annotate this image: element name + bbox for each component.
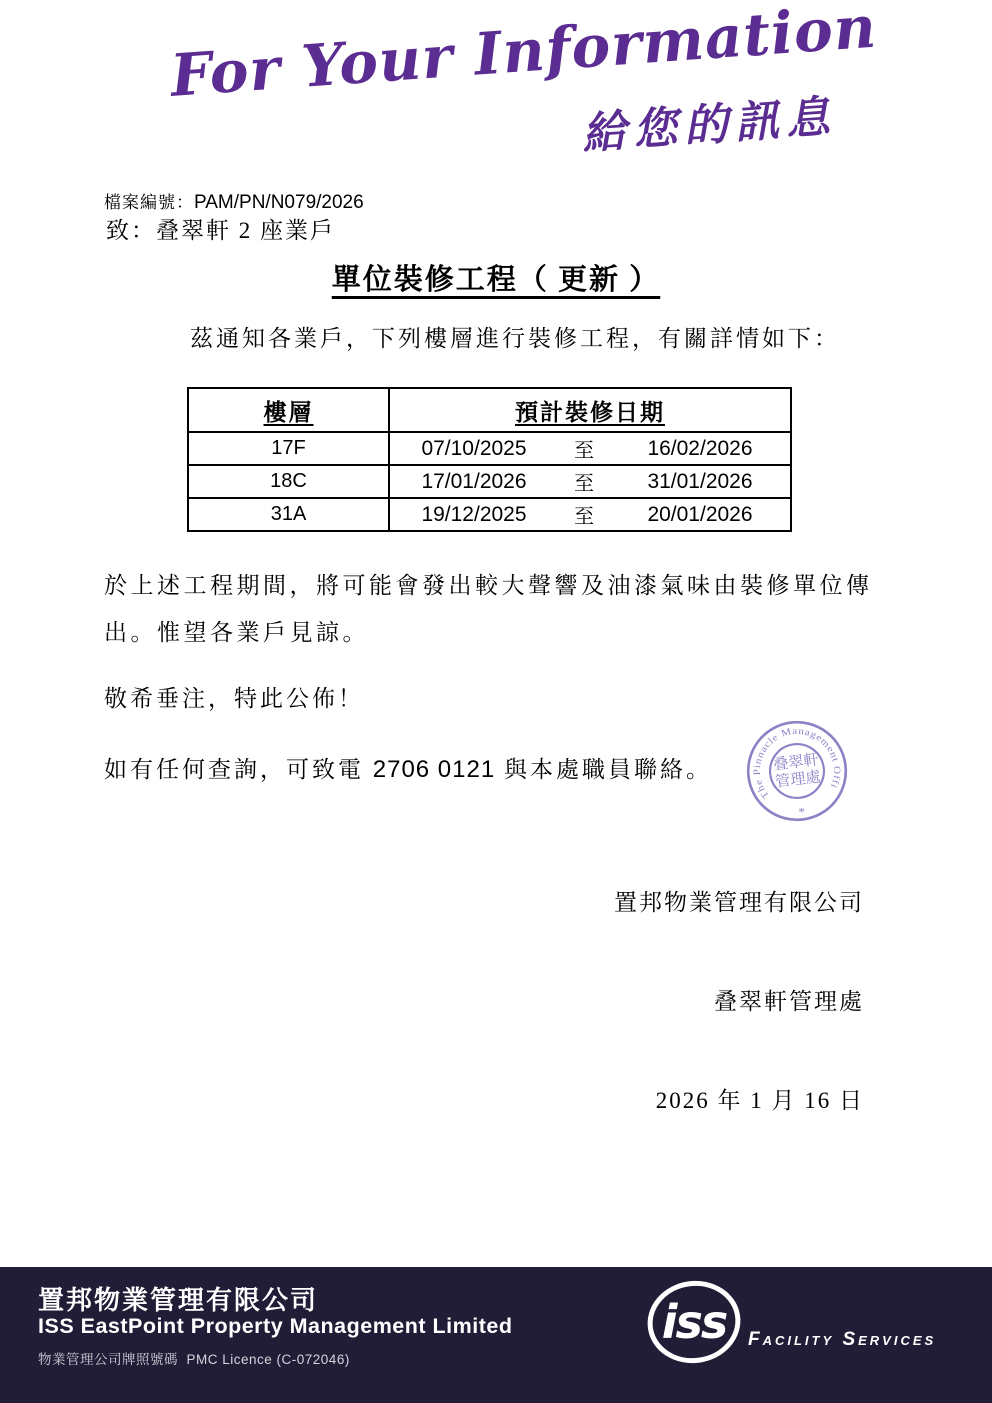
table-row: 31A 19/12/2025 至 20/01/2026 [188,498,791,531]
end-date: 31/01/2026 [610,470,790,494]
floor-cell: 17F [188,432,389,465]
notice-page: For Your Information 給您的訊息 檔案編號：PAM/PN/N… [0,0,992,1403]
file-reference-label: 檔案編號： [104,193,194,212]
dates-cell: 07/10/2025 至 16/02/2026 [389,432,791,465]
end-date: 20/01/2026 [610,503,790,527]
body-paragraph-line: 於上述工程期間，將可能會發出較大聲響及油漆氣味由裝修單位傳 [104,562,934,609]
dates-cell: 17/01/2026 至 31/01/2026 [389,465,791,498]
iss-logo-icon: iss [645,1278,743,1366]
signature-date: 2026 年 1 月 16 日 [614,1084,864,1117]
footer-licence-number: 物業管理公司牌照號碼 PMC Licence (C-072046) [38,1348,350,1368]
footer-company-chinese: 置邦物業管理有限公司 [38,1280,318,1317]
to-word: 至 [558,500,610,529]
closing-notice-line: 敬希垂注，特此公佈！ [104,680,364,713]
file-reference-number: PAM/PN/N079/2026 [194,192,364,213]
contact-prefix: 如有任何查詢，可致電 [104,757,373,782]
intro-paragraph: 茲通知各業戶，下列樓層進行裝修工程，有關詳情如下： [190,320,840,353]
signature-office: 叠翠軒管理處 [614,985,864,1018]
floor-cell: 18C [188,465,389,498]
fyi-script-heading-chinese: 給您的訊息 [581,95,838,157]
signature-company: 置邦物業管理有限公司 [614,886,864,919]
start-date: 19/12/2025 [390,503,558,527]
body-paragraph-line: 出。惟望各業戶見諒。 [104,609,934,656]
footer-tagline: Facility Services [748,1329,936,1351]
end-date: 16/02/2026 [610,437,790,461]
recipient-line: 致：叠翠軒 2 座業戶 [106,212,335,245]
contact-phone-number: 2706 0121 [373,756,495,783]
contact-suffix: 與本處職員聯絡。 [495,757,712,782]
start-date: 17/01/2026 [390,470,558,494]
to-word: 至 [558,434,610,463]
dates-cell: 19/12/2025 至 20/01/2026 [389,498,791,531]
table-row: 18C 17/01/2026 至 31/01/2026 [188,465,791,498]
iss-logo-text: iss [662,1295,727,1349]
renovation-schedule-table: 樓層 預計裝修日期 17F 07/10/2025 至 16/02/2026 18… [187,387,792,532]
table-header-row: 樓層 預計裝修日期 [188,388,791,432]
stamp-star: * [798,804,806,820]
file-reference-line: 檔案編號：PAM/PN/N079/2026 [104,188,364,214]
start-date: 07/10/2025 [390,437,558,461]
contact-line: 如有任何查詢，可致電 2706 0121 與本處職員聯絡。 [104,751,712,784]
floor-cell: 31A [188,498,389,531]
signature-block: 置邦物業管理有限公司 叠翠軒管理處 2026 年 1 月 16 日 [614,820,864,1183]
body-paragraph: 於上述工程期間，將可能會發出較大聲響及油漆氣味由裝修單位傳 出。惟望各業戶見諒。 [104,562,934,656]
column-header-dates: 預計裝修日期 [389,388,791,432]
to-word: 至 [558,467,610,496]
table-row: 17F 07/10/2025 至 16/02/2026 [188,432,791,465]
footer-company-english: ISS EastPoint Property Management Limite… [38,1314,512,1339]
footer-band: 置邦物業管理有限公司 ISS EastPoint Property Manage… [0,1267,992,1403]
column-header-floor: 樓層 [188,388,389,432]
document-title: 單位裝修工程（ 更新 ） [0,257,992,298]
fyi-script-heading: For Your Information [169,5,772,105]
